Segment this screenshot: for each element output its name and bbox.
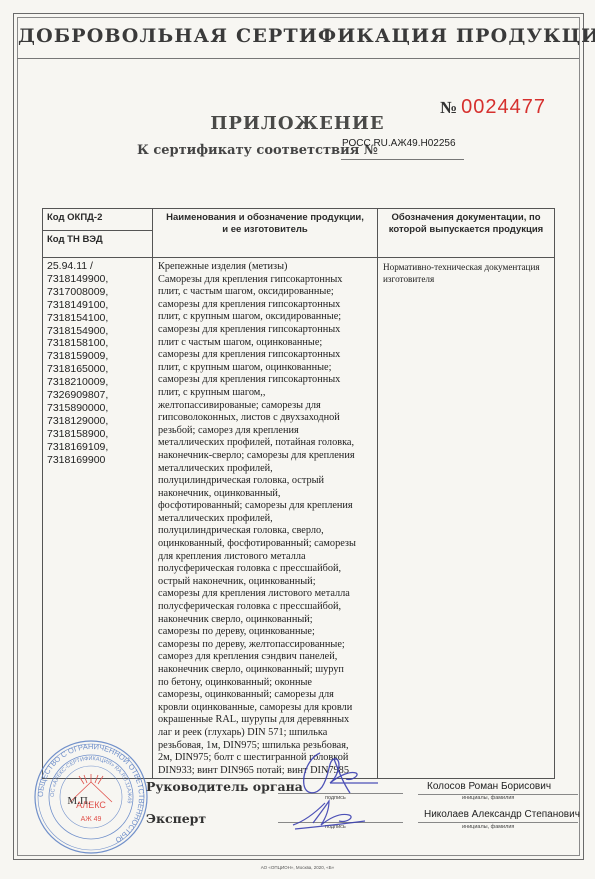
header-products-line: и ее изготовитель [157,224,373,236]
code-item: 7318129000, [47,415,148,428]
code-item: 7318154100, [47,312,148,325]
product-line: плит, с крупным шагом, оксидированные; [158,311,372,324]
stamp-code-text: АЖ 49 [81,816,102,823]
product-line: Крепежные изделия (метизы) [158,261,372,274]
code-item: 7326909807, [47,389,148,402]
organization-stamp: ОБЩЕСТВО С ОГРАНИЧЕННОЙ ОТВЕТСТВЕННОСТЬЮ… [32,738,150,856]
table-header-row: Код ОКПД-2 Наименования и обозначение пр… [43,209,555,231]
product-line: металлических профилей, [158,463,372,476]
expert-name-caption: инициалы, фамилия [462,824,514,830]
products-cell: Крепежные изделия (метизы)Саморезы для к… [153,258,378,779]
product-line: наконечник, оцинкованный, [158,488,372,501]
header-tn-ved: Код ТН ВЭД [43,231,153,258]
head-name: Колосов Роман Борисович [427,781,551,792]
product-line: фосфотированный; саморезы для крепления [158,500,372,513]
doc-line: Нормативно-техническая документация [383,261,549,273]
code-item: 7318149100, [47,299,148,312]
product-line: наконечник сверло, оцинкованный; [158,614,372,627]
title-band: ДОБРОВОЛЬНАЯ СЕРТИФИКАЦИЯ ПРОДУКЦИИ [18,18,578,54]
product-line: плит, с частым шагом, оксидированные; [158,286,372,299]
title-divider [17,58,579,59]
product-line: плит с частым шагом, оцинкованные; [158,337,372,350]
product-line: для крепления листового металла [158,551,372,564]
product-line: саморезы, оцинкованный; саморезы для [158,689,372,702]
header-products-line: Наименования и обозначение продукции, [157,212,373,224]
code-item: 7318210009, [47,376,148,389]
product-line: полуцилиндрическая головка, острый [158,475,372,488]
product-line: полусферическая головка с прессшайбой, [158,563,372,576]
product-line: наконечник-сверло; саморезы для креплени… [158,450,372,463]
product-line: саморезы для крепления гипсокартонных [158,299,372,312]
product-line: саморезы для крепления гипсокартонных [158,324,372,337]
product-line: полусферическая головка с прессшайбой, [158,601,372,614]
product-line: саморезы для крепления гипсокартонных [158,374,372,387]
product-line: саморезы по дереву, желтопассированные; [158,639,372,652]
head-of-body-text: Руководитель органа [146,779,303,794]
expert-name-line [418,822,578,823]
code-item: 7318159009, [47,350,148,363]
product-line: кровли оцинкованные, саморезы для кровли [158,702,372,715]
code-item: 7318149900, [47,273,148,286]
code-item: 7318169900 [47,454,148,467]
product-line: оцинкованный, фосфотированный; саморезы [158,538,372,551]
header-products: Наименования и обозначение продукции, и … [153,209,378,258]
head-name-caption: инициалы, фамилия [462,795,514,801]
product-line: металлических профилей, [158,513,372,526]
product-line: наконечник сверло, оцинкованный; шуруп [158,664,372,677]
doc-line: изготовителя [383,273,549,285]
code-item: 7318154900, [47,325,148,338]
header-okpd: Код ОКПД-2 [43,209,153,231]
product-line: саморезы для крепления листового металла [158,588,372,601]
product-line: металлических профилей, потайная головка… [158,437,372,450]
code-item: 7315890000, [47,402,148,415]
code-item: 7317008009, [47,286,148,299]
docs-cell: Нормативно-техническая документацияизгот… [378,258,555,779]
product-line: лаг и реек (глухарь) DIN 571; шпилька [158,727,372,740]
product-line: саморез для крепления сэндвич панелей, [158,651,372,664]
header-docs-line: Обозначения документации, по [382,212,550,224]
code-item: 25.94.11 / [47,260,148,273]
code-item: 7318158100, [47,337,148,350]
expert-name: Николаев Александр Степанович [424,809,580,820]
product-line: саморезы по дереву, оцинкованные; [158,626,372,639]
product-line: резьбой; саморез для крепления [158,425,372,438]
expert-text: Эксперт [146,811,206,826]
stamp-mp-text: М.П. [67,795,90,807]
product-line: окрашенные RAL, шурупы для деревянных [158,714,372,727]
product-line: желтопассивированые; саморезы для [158,400,372,413]
certificate-number-field: РОСС RU.АЖ49.Н02256 [341,141,464,160]
header-docs-line: которой выпускается продукция [382,224,550,236]
product-line: по бетону, оцинкованный; оконные [158,677,372,690]
table-row: 25.94.11 /7318149900,7317008009,73181491… [43,258,555,779]
codes-cell: 25.94.11 /7318149900,7317008009,73181491… [43,258,153,779]
document-title: ДОБРОВОЛЬНАЯ СЕРТИФИКАЦИЯ ПРОДУКЦИИ [18,25,595,47]
product-line: плит, с крупным шагом, оцинкованные; [158,362,372,375]
appendix-title: ПРИЛОЖЕНИЕ [0,113,595,134]
expert-label: Эксперт [146,810,206,828]
printer-note: АО «ОПЦИОН», Москва, 2020, «Б» [0,865,595,870]
product-line: саморезы для крепления гипсокартонных [158,349,372,362]
products-table: Код ОКПД-2 Наименования и обозначение пр… [42,208,555,779]
code-item: 7318158900, [47,428,148,441]
certificate-number: РОСС RU.АЖ49.Н02256 [342,138,456,149]
product-line: плит, с крупным шагом,, [158,387,372,400]
expert-signature-icon [285,795,375,835]
header-docs: Обозначения документации, по которой вып… [378,209,555,258]
code-item: 7318165000, [47,363,148,376]
product-line: полуцилиндрическая головка, сверло, [158,525,372,538]
code-item: 7318169109, [47,441,148,454]
product-line: гипсоволоконных, листов с двухзаходной [158,412,372,425]
product-line: Саморезы для крепления гипсокартонных [158,274,372,287]
product-line: острый наконечник, оцинкованный; [158,576,372,589]
